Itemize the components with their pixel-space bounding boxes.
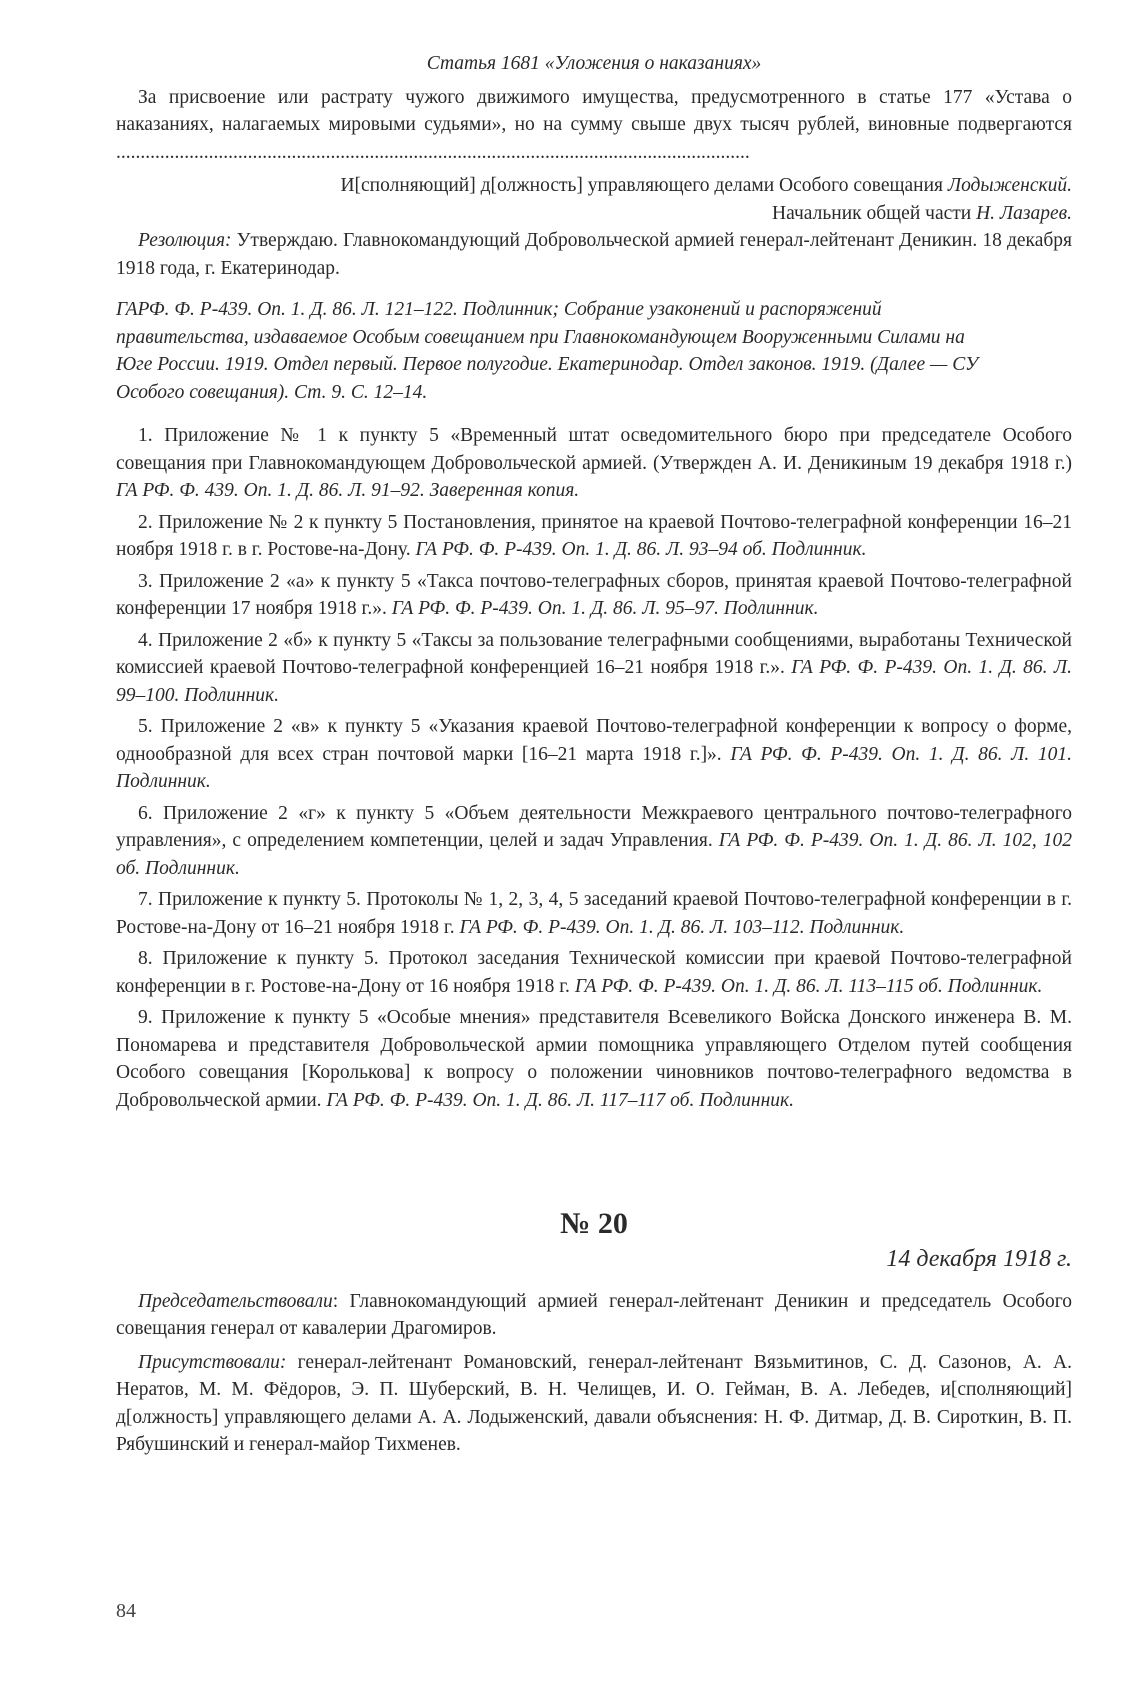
document-date: 14 декабря 1918 г. <box>116 1246 1072 1274</box>
appendix-item: 9. Приложение к пункту 5 «Особые мнения»… <box>116 1004 1072 1114</box>
appendix-item: 7. Приложение к пункту 5. Протоколы № 1,… <box>116 886 1072 941</box>
archival-source: ГАРФ. Ф. Р-439. Оп. 1. Д. 86. Л. 121–122… <box>116 296 1072 406</box>
appendix-item: 8. Приложение к пункту 5. Протокол засед… <box>116 945 1072 1000</box>
resolution: Резолюция: Утверждаю. Главнокомандующий … <box>116 227 1072 282</box>
resolution-label: Резолюция: <box>138 230 232 251</box>
appendix-item: 1. Приложение № 1 к пункту 5 «Временный … <box>116 422 1072 505</box>
appendix-list: 1. Приложение № 1 к пункту 5 «Временный … <box>116 422 1072 1114</box>
signature-manager: И[сполняющий] д[олжность] управляющего д… <box>116 172 1072 200</box>
document-number: № 20 <box>116 1206 1072 1242</box>
document-page: Статья 1681 «Уложения о наказаниях» За п… <box>116 50 1072 1459</box>
chaired-paragraph: Председательствовали: Главнокомандующий … <box>116 1288 1072 1343</box>
appendix-item: 3. Приложение 2 «а» к пункту 5 «Такса по… <box>116 568 1072 623</box>
appendix-item: 5. Приложение 2 «в» к пункту 5 «Указания… <box>116 713 1072 796</box>
appendix-item: 6. Приложение 2 «г» к пункту 5 «Объем де… <box>116 800 1072 883</box>
present-paragraph: Присутствовали: генерал-лейтенант Романо… <box>116 1349 1072 1459</box>
signature-name: Лодыженский. <box>948 175 1072 196</box>
chaired-label: Председательствовали <box>138 1291 333 1312</box>
signature-chief: Начальник общей части Н. Лазарев. <box>116 200 1072 228</box>
appendix-item: 2. Приложение № 2 к пункту 5 Постановлен… <box>116 509 1072 564</box>
present-label: Присутствовали: <box>138 1352 286 1373</box>
signature-name: Н. Лазарев. <box>976 203 1072 224</box>
article-text: За присвоение или растрату чужого движим… <box>116 84 1072 167</box>
page-number: 84 <box>116 1600 136 1623</box>
appendix-item: 4. Приложение 2 «б» к пункту 5 «Таксы за… <box>116 627 1072 710</box>
article-heading: Статья 1681 «Уложения о наказаниях» <box>116 50 1072 78</box>
